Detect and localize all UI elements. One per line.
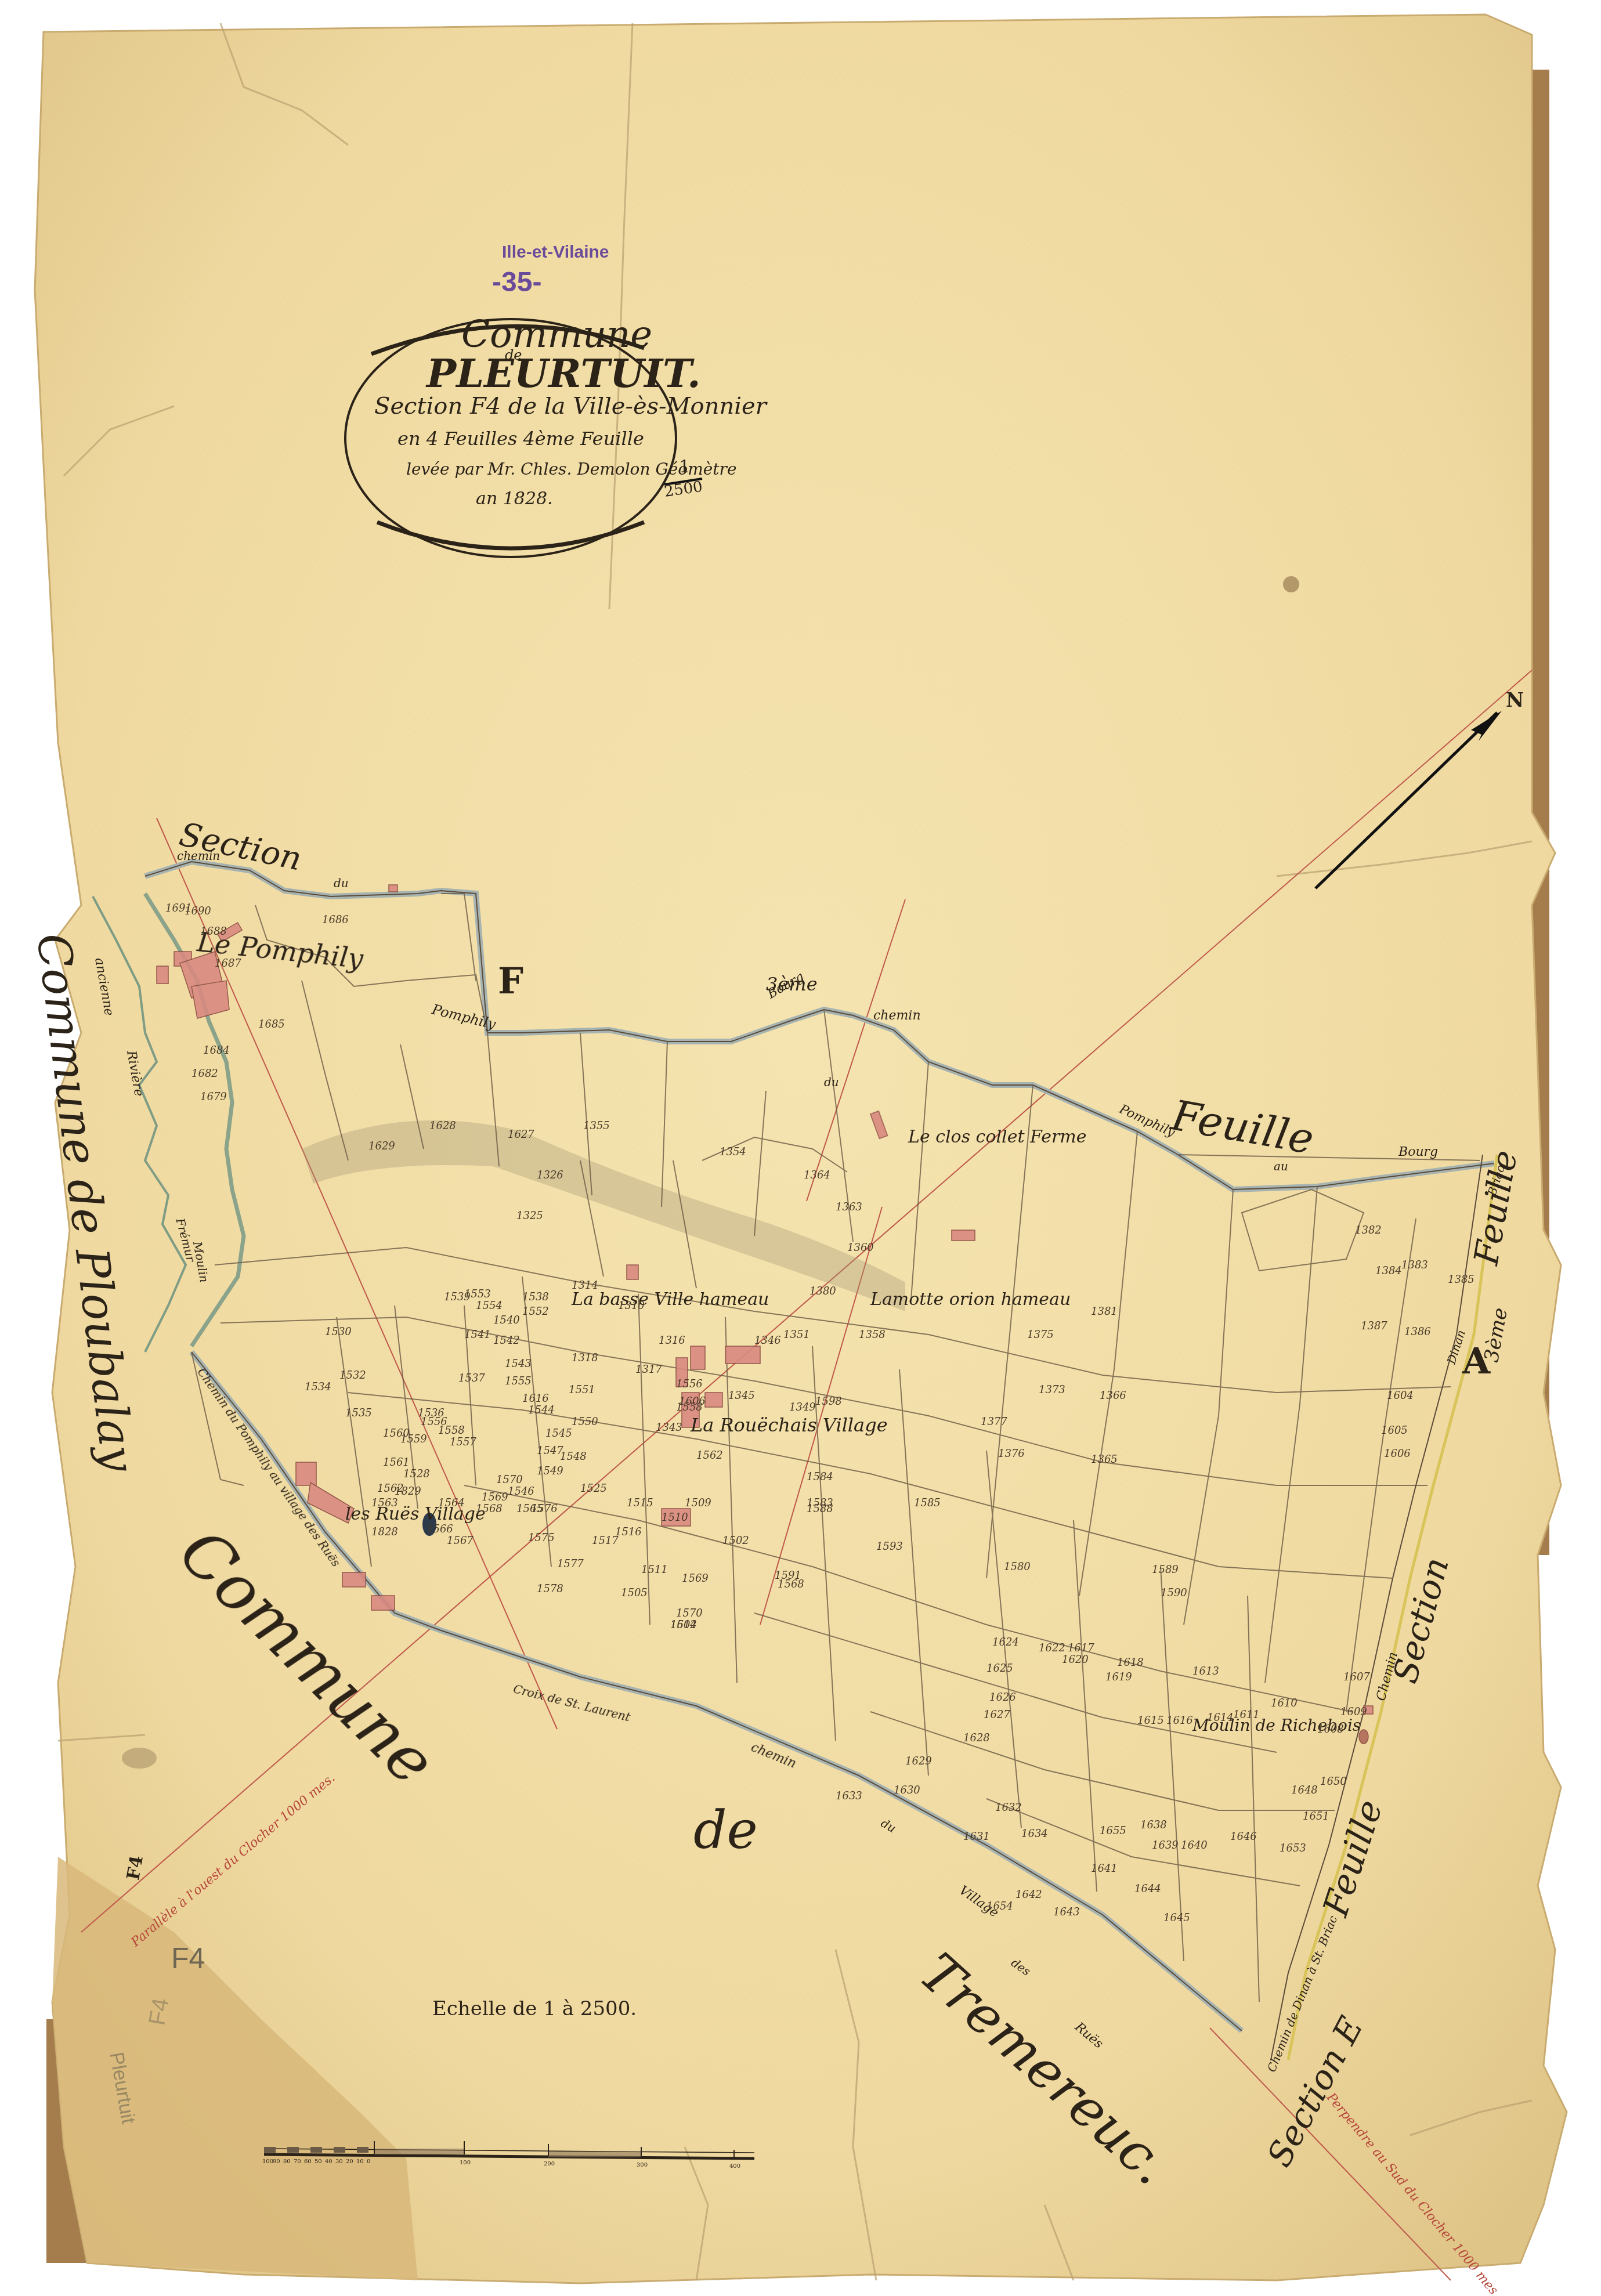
parcel-number: 1630	[894, 1784, 920, 1796]
parcel-number: 1511	[641, 1564, 668, 1576]
parcel-number: 1642	[1015, 1889, 1042, 1901]
annotation-f4-pencil-small: F4	[145, 1997, 172, 2027]
cadastral-map-sheet	[0, 0, 1601, 2296]
parcel-number: 1570	[496, 1474, 523, 1486]
parcel-number: 1375	[1027, 1329, 1054, 1341]
parcel-number: 1376	[998, 1448, 1025, 1460]
parcel-number: 1532	[339, 1369, 366, 1382]
parcel-number: 1385	[1448, 1274, 1474, 1286]
parcel-number: 1685	[258, 1018, 285, 1031]
parcel-number: 1546	[508, 1485, 534, 1498]
parcel-number: 1591	[775, 1570, 801, 1582]
parcel-number: 1510	[662, 1512, 688, 1524]
parcel-number: 1633	[836, 1790, 862, 1802]
parcel-number: 1517	[592, 1535, 619, 1547]
parcel-number: 1548	[560, 1451, 587, 1463]
cartouche-commune-name: PLEURTUIT.	[427, 354, 701, 393]
place-lamotte-orion: Lamotte orion hameau	[870, 1291, 1071, 1308]
parcel-number: 1617	[1068, 1642, 1094, 1654]
parcel-number: 1383	[1401, 1259, 1428, 1271]
parcel-number: 1645	[1163, 1912, 1190, 1924]
parcel-number: 1343	[656, 1422, 682, 1434]
scale-tick: 70	[294, 2158, 301, 2165]
parcel-number: 1355	[583, 1120, 610, 1132]
road-label-bourg-right: Bourg	[1398, 1146, 1438, 1159]
parcel-number: 1565	[516, 1503, 543, 1515]
parcel-number: 1584	[807, 1471, 833, 1483]
scale-tick: 100	[460, 2160, 471, 2166]
parcel-number: 1613	[1192, 1665, 1219, 1677]
parcel-number: 1606	[1384, 1448, 1411, 1460]
parcel-number: 1351	[783, 1329, 810, 1341]
parcel-number: 1604	[1387, 1390, 1414, 1402]
parcel-number: 1530	[325, 1326, 352, 1338]
parcel-number: 1625	[986, 1662, 1013, 1675]
cartouche-section: Section F4 de la Ville-ès-Monnier	[374, 395, 767, 418]
parcel-number: 1620	[1062, 1654, 1089, 1666]
scale-tick: 50	[315, 2158, 322, 2165]
place-le-clos-collet: Le clos collet Ferme	[908, 1129, 1086, 1146]
scale-tick: 40	[325, 2158, 333, 2165]
parcel-number: 1632	[995, 1802, 1022, 1814]
parcel-number: 1580	[1004, 1561, 1031, 1573]
parcel-number: 1619	[1105, 1671, 1132, 1683]
parcel-number: 1608	[1317, 1723, 1344, 1735]
parcel-number: 1560	[383, 1427, 410, 1440]
cartouche-sheets: en 4 Feuilles 4ème Feuille	[397, 429, 644, 448]
parcel-number: 1638	[1140, 1819, 1167, 1831]
parcel-number: 1578	[537, 1583, 563, 1595]
parcel-number: 1557	[450, 1436, 476, 1448]
scale-tick: 20	[346, 2158, 353, 2165]
road-label-chemin-mid: chemin	[873, 1010, 921, 1022]
parcel-number: 1505	[621, 1587, 648, 1599]
parcel-number: 1618	[1117, 1657, 1144, 1669]
parcel-number: 1648	[1291, 1784, 1318, 1796]
parcel-number: 1363	[836, 1201, 862, 1213]
parcel-number: 1644	[1134, 1883, 1161, 1895]
parcel-number: 1627	[984, 1709, 1010, 1721]
cartouche-commune-word: Commune	[461, 316, 652, 353]
parcel-number: 1611	[1233, 1709, 1260, 1721]
scale-tick: 30	[335, 2158, 343, 2165]
scale-fraction-numerator: 1	[679, 458, 690, 476]
parcel-number: 1373	[1039, 1384, 1065, 1396]
parcel-number: 1358	[859, 1329, 886, 1341]
parcel-number: 1684	[203, 1044, 230, 1057]
parcel-number: 1616	[522, 1393, 549, 1405]
section-letter-f: F	[498, 963, 523, 999]
parcel-number: 1384	[1375, 1265, 1402, 1277]
parcel-number: 1569	[482, 1491, 508, 1503]
parcel-number: 1605	[1381, 1424, 1408, 1437]
parcel-number: 1386	[1404, 1326, 1431, 1338]
parcel-number: 1377	[981, 1416, 1007, 1428]
parcel-number: 1326	[537, 1169, 563, 1181]
scale-tick: 80	[283, 2158, 291, 2165]
parcel-number: 1607	[1343, 1671, 1370, 1683]
paper-sheet	[35, 15, 1567, 2283]
parcel-number: 1654	[986, 1900, 1013, 1912]
parcel-number: 1561	[383, 1456, 410, 1469]
scale-tick: 200	[544, 2161, 555, 2167]
parcel-number: 1552	[522, 1306, 549, 1318]
parcel-number: 1387	[1361, 1320, 1387, 1332]
parcel-number: 1365	[1091, 1453, 1118, 1466]
parcel-number: 1525	[580, 1483, 607, 1495]
scale-bar-title: Echelle de 1 à 2500.	[432, 1999, 637, 2019]
parcel-number: 1537	[458, 1372, 485, 1384]
place-la-rouechais: La Rouëchais Village	[691, 1416, 888, 1434]
parcel-number: 1316	[659, 1335, 685, 1347]
parcel-number: 1640	[1181, 1839, 1208, 1852]
parcel-number: 1628	[963, 1732, 990, 1744]
scale-tick: 10	[356, 2158, 364, 2165]
parcel-number: 1615	[1137, 1715, 1164, 1727]
parcel-number: 1610	[1271, 1697, 1298, 1709]
parcel-number: 1545	[545, 1427, 572, 1440]
parcel-number: 1534	[305, 1381, 331, 1393]
parcel-number: 1349	[789, 1401, 816, 1413]
parcel-number: 1549	[537, 1465, 563, 1477]
parcel-number: 1655	[1100, 1825, 1126, 1837]
archive-stamp-department: Ille-et-Vilaine	[502, 244, 609, 261]
parcel-number: 1325	[516, 1210, 543, 1222]
parcel-number: 1590	[1161, 1587, 1187, 1599]
parcel-number: 1509	[685, 1497, 711, 1509]
parcel-number: 1567	[447, 1535, 474, 1547]
parcel-number: 1606	[679, 1395, 706, 1408]
parcel-number: 1547	[537, 1445, 563, 1457]
parcel-number: 1627	[508, 1129, 534, 1141]
parcel-number: 1516	[615, 1526, 642, 1538]
parcel-number: 1346	[754, 1335, 781, 1347]
parcel-number: 1628	[429, 1120, 456, 1132]
parcel-number: 1381	[1091, 1306, 1118, 1318]
parcel-number: 1577	[557, 1558, 584, 1570]
parcel-number: 1558	[438, 1424, 465, 1437]
parcel-number: 1360	[847, 1242, 874, 1254]
parcel-number: 1682	[191, 1068, 218, 1080]
road-label-chemin-top: chemin	[177, 850, 220, 862]
parcel-number: 1653	[1280, 1842, 1306, 1854]
parcel-number: 1828	[371, 1526, 398, 1538]
parcel-number: 1512	[670, 1619, 697, 1631]
parcel-number: 1626	[989, 1691, 1016, 1704]
parcel-number: 1829	[395, 1485, 421, 1498]
parcel-number: 1575	[528, 1532, 555, 1544]
parcel-number: 1562	[696, 1449, 723, 1462]
parcel-number: 1624	[992, 1636, 1019, 1648]
north-label: N	[1506, 690, 1524, 710]
parcel-number: 1528	[403, 1468, 430, 1480]
parcel-number: 1629	[905, 1755, 932, 1767]
parcel-number: 1318	[572, 1352, 598, 1364]
parcel-number: 1639	[1152, 1839, 1179, 1852]
parcel-number: 1366	[1100, 1390, 1126, 1402]
parcel-number: 1688	[200, 925, 227, 938]
scale-tick: 100	[262, 2158, 273, 2165]
parcel-number: 1541	[464, 1329, 491, 1341]
parcel-number: 1380	[809, 1285, 836, 1297]
parcel-number: 1314	[572, 1279, 598, 1292]
annotation-f4-ink: F4	[125, 1854, 146, 1882]
scale-tick: 300	[637, 2162, 648, 2168]
parcel-number: 1569	[682, 1572, 709, 1585]
parcel-number: 1553	[464, 1288, 491, 1300]
scale-tick: 400	[729, 2163, 740, 2170]
parcel-number: 1651	[1303, 1810, 1329, 1823]
parcel-number: 1589	[1152, 1564, 1179, 1576]
parcel-number: 1550	[572, 1416, 598, 1428]
parcel-number: 1543	[505, 1358, 532, 1370]
scale-tick: 0	[367, 2158, 370, 2165]
parcel-number: 1679	[200, 1091, 227, 1103]
parcel-number: 1310	[618, 1300, 645, 1312]
parcel-number: 1345	[728, 1390, 755, 1402]
section-letter-a: A	[1462, 1343, 1490, 1379]
parcel-number: 1614	[1207, 1712, 1234, 1724]
road-label-du-top: du	[334, 877, 349, 889]
parcel-number: 1641	[1091, 1863, 1118, 1875]
parcel-number: 1631	[963, 1831, 990, 1843]
parcel-number: 1690	[185, 905, 211, 917]
parcel-number: 1686	[322, 914, 349, 926]
parcel-number: 1382	[1355, 1224, 1382, 1236]
parcel-number: 1568	[476, 1503, 503, 1515]
parcel-number: 1317	[635, 1364, 662, 1376]
parcel-number: 1570	[676, 1607, 703, 1619]
parcel-number: 1544	[528, 1404, 555, 1416]
parcel-number: 1564	[438, 1497, 465, 1509]
parcel-number: 1502	[722, 1535, 749, 1547]
parcel-number: 1585	[914, 1497, 941, 1509]
parcel-number: 1646	[1230, 1831, 1257, 1843]
parcel-number: 1650	[1320, 1776, 1347, 1788]
commune-label-bottom-2: de	[693, 1805, 758, 1857]
parcel-number: 1598	[815, 1395, 842, 1408]
parcel-number: 1364	[804, 1169, 830, 1181]
annotation-f4-pencil: F4	[171, 1944, 205, 1973]
parcel-number: 1566	[427, 1523, 453, 1535]
parcel-number: 1563	[371, 1497, 398, 1509]
parcel-number: 1622	[1039, 1642, 1065, 1654]
cartouche-year: an 1828.	[476, 490, 553, 508]
parcel-number: 1551	[569, 1384, 595, 1396]
parcel-number: 1554	[476, 1300, 503, 1312]
parcel-number: 1542	[493, 1335, 520, 1347]
parcel-number: 1515	[627, 1497, 653, 1509]
parcel-number: 1609	[1340, 1706, 1367, 1718]
parcel-number: 1556	[676, 1378, 703, 1390]
archive-stamp-number: -35-	[492, 269, 541, 297]
parcel-number: 1593	[876, 1541, 903, 1553]
parcel-number: 1643	[1053, 1906, 1080, 1918]
parcel-number: 1540	[493, 1314, 520, 1326]
scale-tick: 60	[304, 2158, 312, 2165]
parcel-number: 1629	[368, 1140, 395, 1152]
road-label-du-mid: du	[824, 1076, 839, 1088]
road-label-au: au	[1274, 1160, 1288, 1172]
parcel-number: 1588	[807, 1503, 833, 1515]
parcel-number: 1634	[1021, 1828, 1048, 1840]
parcel-number: 1354	[720, 1146, 746, 1158]
parcel-number: 1535	[345, 1407, 372, 1419]
parcel-number: 1538	[522, 1291, 549, 1303]
place-la-basse-ville: La basse Ville hameau	[572, 1291, 769, 1308]
parcel-number: 1687	[215, 957, 241, 970]
parcel-number: 1616	[1166, 1715, 1193, 1727]
parcel-number: 1555	[505, 1375, 532, 1387]
scale-tick: 90	[273, 2158, 280, 2165]
